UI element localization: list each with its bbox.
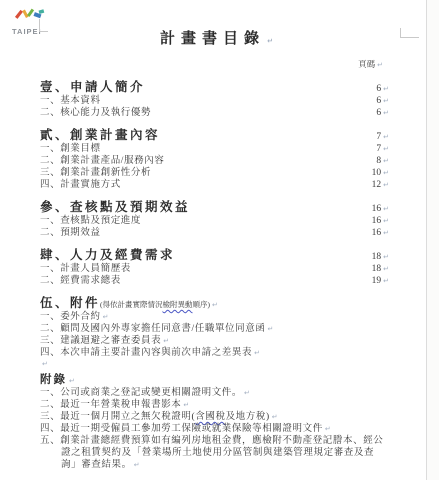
paragraph-mark-icon: ↵ [183,401,189,409]
page-number-group: 7↵ [376,132,389,142]
page-number: 16 [372,204,382,214]
page-number: 7 [376,144,381,154]
toc-item-label: 四、計畫實施方式 [40,179,121,191]
logo-text: TAIPEI [12,28,58,35]
toc-item-label: 二、經費需求總表 [40,275,121,287]
appendix-item: 四、最近一期受僱員工參加勞工保險或就業保險等相關證明文件↵ [40,423,389,435]
page-number-group: 16↵ [372,215,389,227]
note-post: 順序) [193,300,211,309]
attachment-item-text: 一、委外合約 [40,312,101,322]
note-spellcheck-underline: 檢附異動 [163,300,193,309]
paragraph-mark-icon: ↵ [383,97,389,105]
toc-body: 頁碼↵ 壹、申請人簡介 6↵ 一、基本資料 6↵ 二、核心能力及執行優勢 6↵ … [40,58,389,471]
toc-heading: 貳、創業計畫內容 [40,128,160,143]
page-number: 7 [376,132,381,142]
toc-section-4: 肆、人力及經費需求 18↵ 一、計畫人員簡歷表 18↵ 二、經費需求總表 19↵ [40,248,389,287]
appendix-spellcheck-underline: 含國稅 [195,412,225,422]
page-number: 10 [372,168,382,178]
paragraph-mark-icon: ↵ [69,377,75,385]
toc-heading: 肆、人力及經費需求 [40,248,175,263]
paragraph-mark-icon: ↵ [383,109,389,117]
toc-item-row: 一、創業目標 7↵ [40,143,389,155]
appendix-item: 三、最近一個月開立之無欠稅證明(含國稅及地方稅)↵ [40,411,389,423]
taipei-logo: TAIPEI [12,8,58,35]
attachment-item-text: 二、顧問及國內外專家擔任同意書/任職單位同意函 [40,324,265,334]
page-number-group: 19↵ [372,275,389,287]
toc-heading: 參、查核點及預期效益 [40,200,190,215]
toc-item-label: 一、基本資料 [40,95,101,107]
page-number-group: 7↵ [376,143,389,155]
page-number: 16 [372,228,382,238]
toc-item-row: 二、預期效益 16↵ [40,227,389,239]
appendix-item-pre: 三、最近一個月開立之無欠稅證明( [40,412,195,422]
note-pre: (得依計畫實際情況 [100,300,163,309]
attachment-item: 一、委外合約↵ [40,311,389,323]
toc-item-row: 四、計畫實施方式 12↵ [40,179,389,191]
page-number: 8 [376,156,381,166]
page-outside-area [427,0,439,480]
page-number-group: 12↵ [372,179,389,191]
page-header-text: 頁碼 [358,59,375,69]
page-number-group: 8↵ [376,155,389,167]
paragraph-mark-icon: ↵ [325,425,331,433]
paragraph-mark-icon: ↵ [383,145,389,153]
toc-item-label: 一、創業目標 [40,143,101,155]
toc-section-3: 參、查核點及預期效益 16↵ 一、查核點及預定進度 16↵ 二、預期效益 16↵ [40,200,389,239]
page-number-group: 6↵ [376,95,389,107]
attachment-item: 三、建議迴避之審查委員表↵ [40,335,389,347]
paragraph-mark-icon: ↵ [383,181,389,189]
page-number: 12 [372,180,382,190]
attachment-item-text: 三、建議迴避之審查委員表 [40,336,161,346]
appendix-item-post: 及地方稅) [226,412,270,422]
paragraph-mark-icon: ↵ [383,253,389,261]
paragraph-mark-icon: ↵ [383,217,389,225]
paragraph-mark-icon: ↵ [103,313,109,321]
paragraph-mark-icon: ↵ [377,61,383,69]
paragraph-mark-icon: ↵ [383,85,389,93]
attachment-item: 四、本次申請主要計畫內容與前次申請之差異表↵ [40,347,389,359]
paragraph-mark-icon: ↵ [383,229,389,237]
appendix-item-text: 四、最近一期受僱員工參加勞工保險或就業保險等相關證明文件 [40,424,323,434]
paragraph-mark-icon: ↵ [254,349,260,357]
paragraph-mark-icon: ↵ [383,157,389,165]
page-number-group: 16↵ [372,204,389,214]
appendix-section: 附錄↵ 一、公司或商業之登記或變更相關證明文件。↵ 二、最近一年營業稅申報書影本… [40,373,389,471]
toc-item-label: 三、創業計畫創新性分析 [40,167,151,179]
margin-corner-mark-left [39,19,48,32]
toc-item-label: 一、計畫人員簡歷表 [40,263,131,275]
page-number-group: 16↵ [372,227,389,239]
page-number-group: 10↵ [372,167,389,179]
paragraph-mark-icon: ↵ [42,360,48,368]
toc-item-label: 二、核心能力及執行優勢 [40,107,151,119]
attachments-heading-row: 伍、附件(得依計畫實際情況檢附異動順序)↵ [40,296,389,311]
appendix-item-text: 五、創業計畫總經費預算如有編列房地租金費，應檢附不動產登記謄本、經公證之租賃契約… [40,436,383,470]
attachments-heading: 伍、附件 [40,296,100,311]
page-number-group: 6↵ [376,107,389,119]
page-number-column-header: 頁碼↵ [40,58,389,71]
paragraph-mark-icon: ↵ [272,413,278,421]
toc-item-row: 二、核心能力及執行優勢 6↵ [40,107,389,119]
appendix-item: 五、創業計畫總經費預算如有編列房地租金費，應檢附不動產登記謄本、經公證之租賃契約… [40,435,389,471]
toc-section-1: 壹、申請人簡介 6↵ 一、基本資料 6↵ 二、核心能力及執行優勢 6↵ [40,80,389,119]
margin-corner-mark-right [400,28,419,38]
page-number: 18 [372,252,382,262]
appendix-heading-row: 附錄↵ [40,373,389,387]
page-number-group: 18↵ [372,252,389,262]
page-number: 18 [372,264,382,274]
toc-section-2: 貳、創業計畫內容 7↵ 一、創業目標 7↵ 二、創業計畫產品/服務內容 8↵ 三… [40,128,389,191]
attachment-item-text: 四、本次申請主要計畫內容與前次申請之差異表 [40,348,252,358]
paragraph-mark-icon: ↵ [212,301,218,309]
toc-item-row: 一、查核點及預定進度 16↵ [40,215,389,227]
toc-heading-row: 肆、人力及經費需求 18↵ [40,248,389,263]
page-number: 6 [376,96,381,106]
paragraph-mark-icon: ↵ [383,265,389,273]
page-number-group: 6↵ [376,84,389,94]
paragraph-mark-icon: ↵ [267,325,273,333]
toc-item-row: 二、經費需求總表 19↵ [40,275,389,287]
attachments-note: (得依計畫實際情況檢附異動順序) [100,299,210,310]
page-number: 19 [372,276,382,286]
page-number: 6 [376,108,381,118]
appendix-item: 二、最近一年營業稅申報書影本↵ [40,399,389,411]
toc-item-label: 二、預期效益 [40,227,101,239]
paragraph-mark-icon: ↵ [163,337,169,345]
page-number: 6 [376,84,381,94]
toc-item-row: 一、基本資料 6↵ [40,95,389,107]
page-number: 16 [372,216,382,226]
page-right-edge [426,0,427,480]
paragraph-mark-icon: ↵ [244,389,250,397]
page-title: 計畫書目錄↵ [0,30,439,50]
appendix-item-text: 一、公司或商業之登記或變更相關證明文件。 [40,388,242,398]
page-title-text: 計畫書目錄 [160,31,265,47]
toc-item-label: 一、查核點及預定進度 [40,215,141,227]
toc-heading: 壹、申請人簡介 [40,80,145,95]
empty-paragraph: ↵ [40,359,389,369]
paragraph-mark-icon: ↵ [383,277,389,285]
appendix-heading: 附錄 [40,373,67,387]
appendix-item-text: 二、最近一年營業稅申報書影本 [40,400,181,410]
toc-heading-row: 壹、申請人簡介 6↵ [40,80,389,95]
appendix-item: 一、公司或商業之登記或變更相關證明文件。↵ [40,387,389,399]
toc-item-row: 二、創業計畫產品/服務內容 8↵ [40,155,389,167]
toc-item-row: 一、計畫人員簡歷表 18↵ [40,263,389,275]
paragraph-mark-icon: ↵ [267,37,279,45]
paragraph-mark-icon: ↵ [383,205,389,213]
toc-heading-row: 貳、創業計畫內容 7↵ [40,128,389,143]
toc-item-label: 二、創業計畫產品/服務內容 [40,155,164,167]
paragraph-mark-icon: ↵ [383,169,389,177]
page-number-group: 18↵ [372,263,389,275]
paragraph-mark-icon: ↵ [134,461,140,469]
attachments-section: 伍、附件(得依計畫實際情況檢附異動順序)↵ 一、委外合約↵ 二、顧問及國內外專家… [40,296,389,359]
document-page: TAIPEI 計畫書目錄↵ 頁碼↵ 壹、申請人簡介 6↵ 一、基本資料 6↵ 二… [0,0,439,480]
toc-item-row: 三、創業計畫創新性分析 10↵ [40,167,389,179]
attachment-item: 二、顧問及國內外專家擔任同意書/任職單位同意函↵ [40,323,389,335]
paragraph-mark-icon: ↵ [383,133,389,141]
toc-heading-row: 參、查核點及預期效益 16↵ [40,200,389,215]
